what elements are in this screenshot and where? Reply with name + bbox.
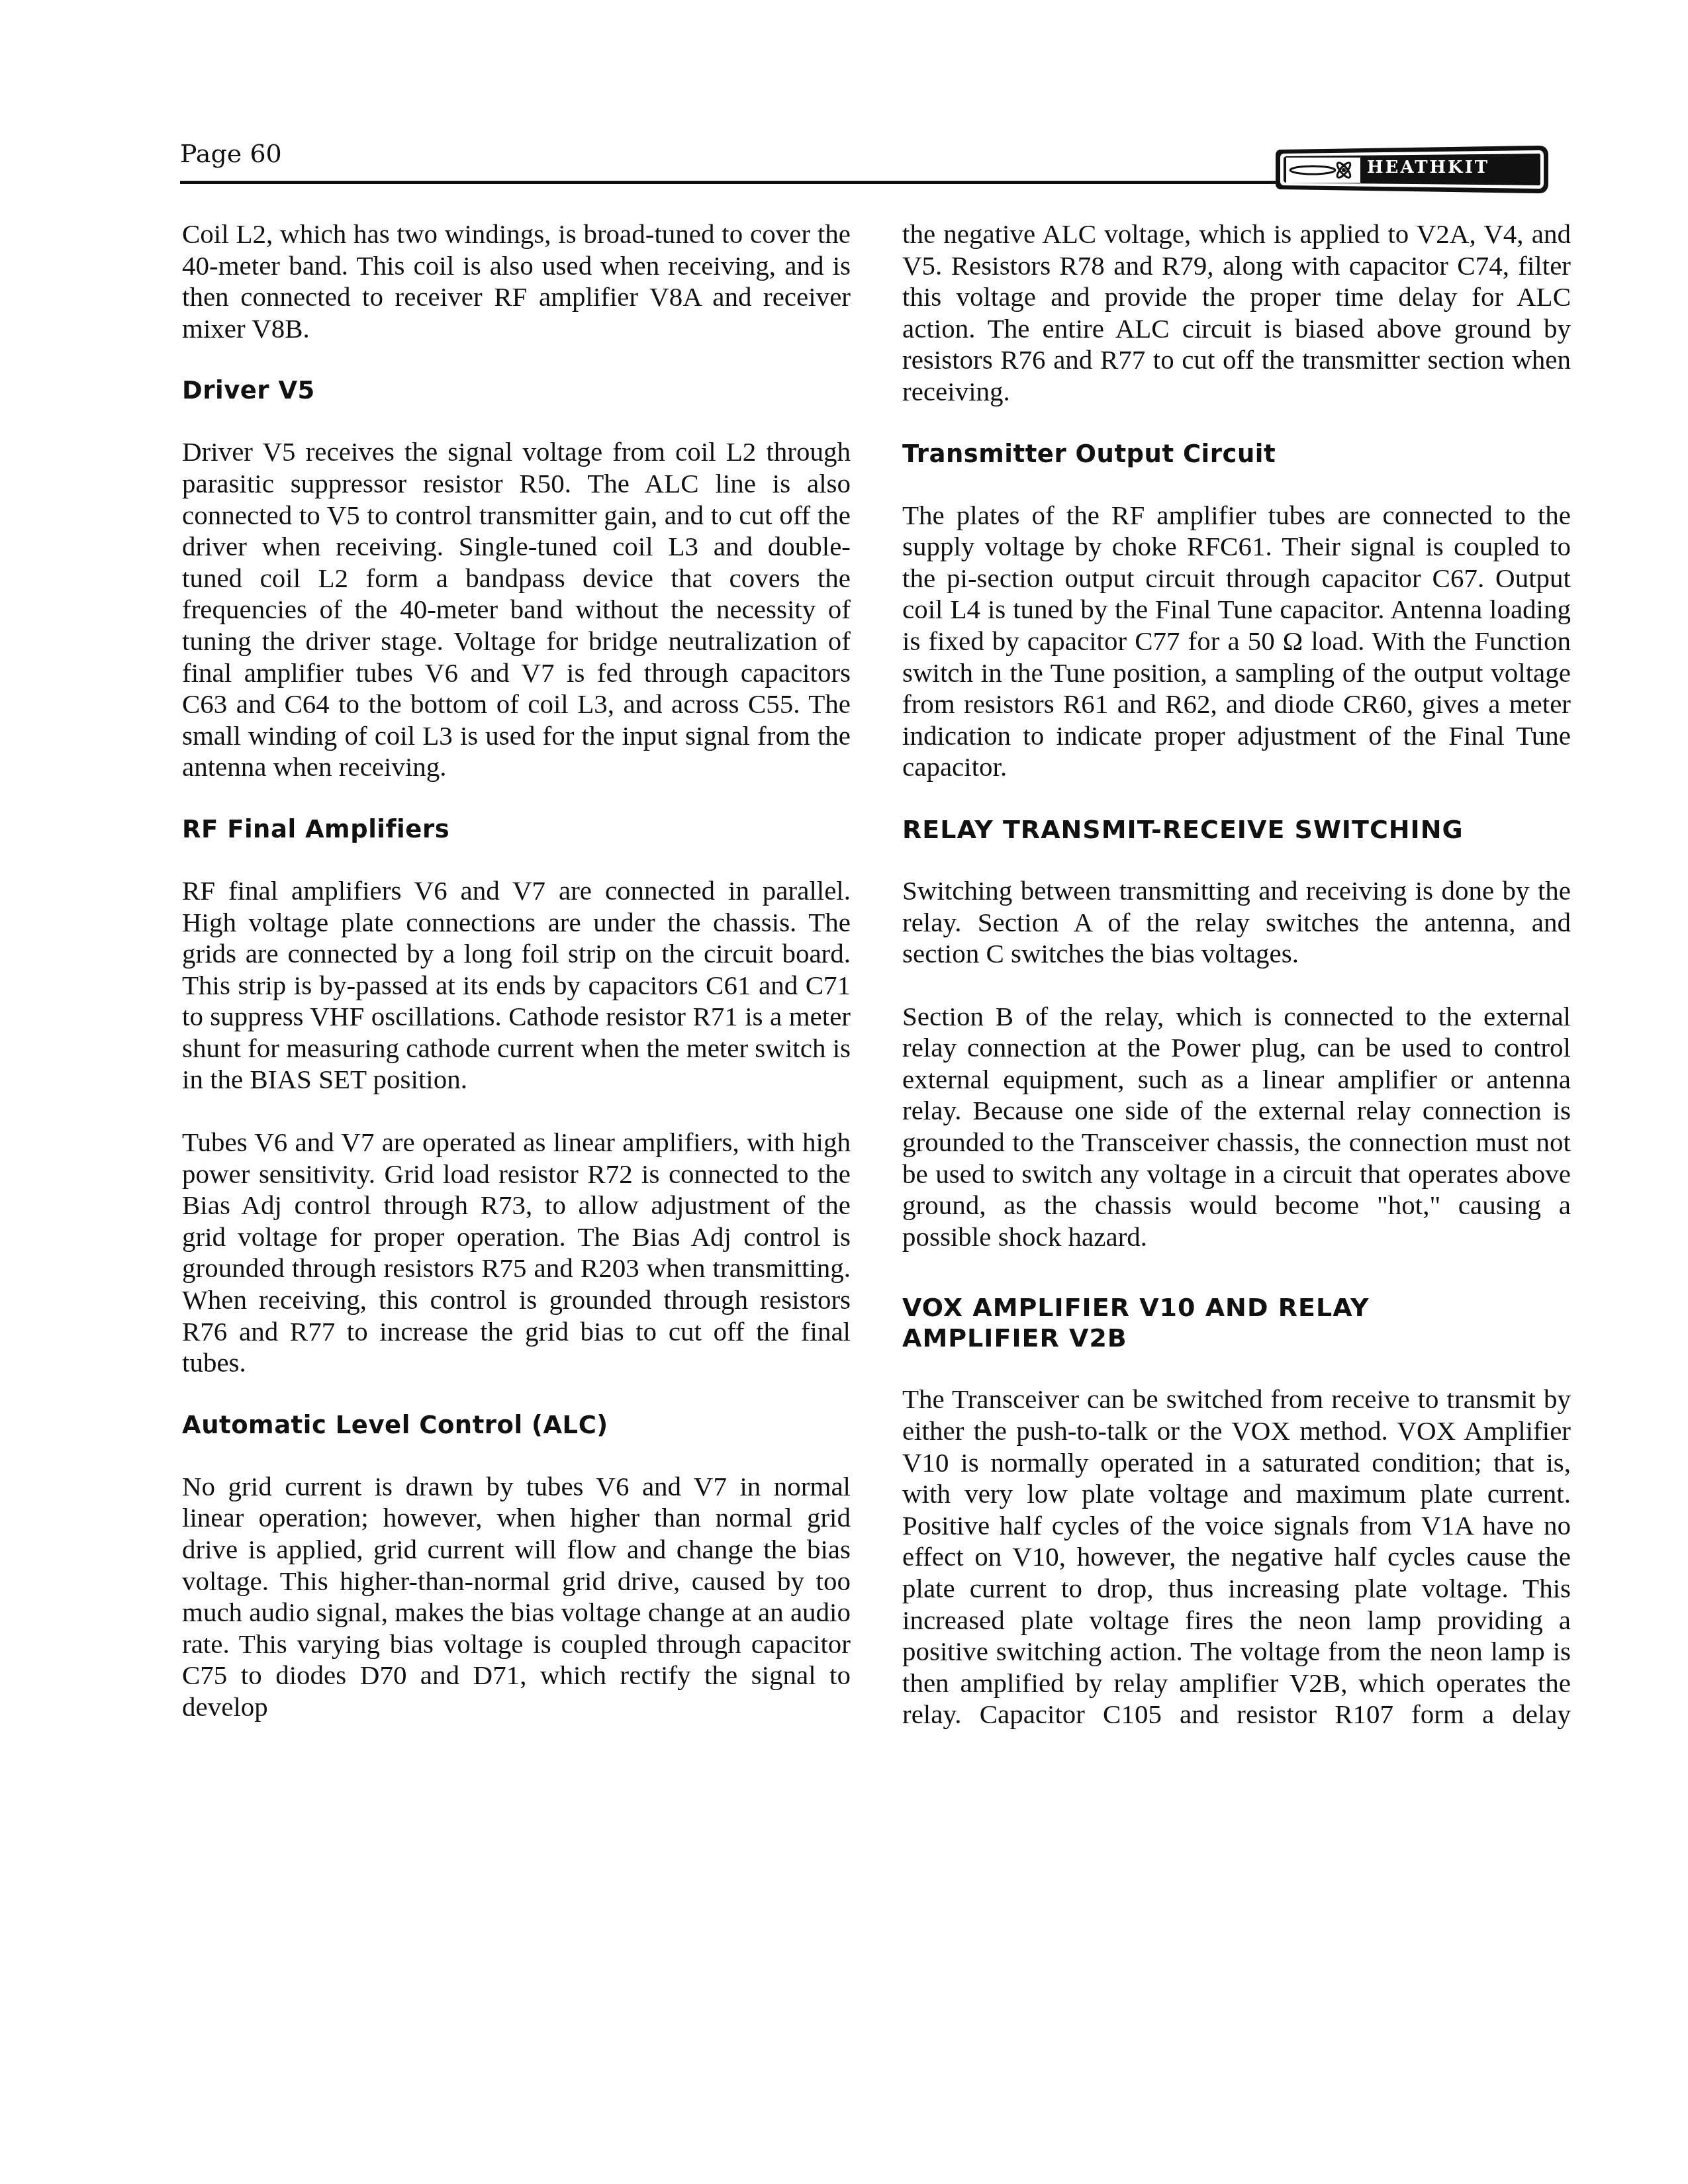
section-heading-rf-final-amplifiers: RF Final Amplifiers bbox=[182, 814, 851, 845]
section-heading-relay-switching: RELAY TRANSMIT-RECEIVE SWITCHING bbox=[902, 814, 1571, 845]
page-number: Page 60 bbox=[180, 139, 282, 168]
paragraph: Switching between transmitting and recei… bbox=[902, 875, 1571, 970]
paragraph: RF final amplifiers V6 and V7 are connec… bbox=[182, 875, 851, 1096]
heathkit-logo: HEATHKIT bbox=[1274, 144, 1552, 195]
section-heading-driver-v5: Driver V5 bbox=[182, 375, 851, 406]
section-heading-vox-amplifier: VOX AMPLIFIER V10 AND RELAY AMPLIFIER V2… bbox=[902, 1292, 1432, 1353]
paragraph: The Transceiver can be switched from rec… bbox=[902, 1384, 1571, 1731]
section-heading-transmitter-output: Transmitter Output Circuit bbox=[902, 439, 1571, 469]
paragraph: The plates of the RF amplifier tubes are… bbox=[902, 500, 1571, 783]
header-rule bbox=[180, 181, 1279, 184]
intro-paragraph: Coil L2, which has two windings, is broa… bbox=[182, 218, 851, 344]
paragraph: Tubes V6 and V7 are operated as linear a… bbox=[182, 1127, 851, 1379]
intro-paragraph: the negative ALC voltage, which is appli… bbox=[902, 218, 1571, 408]
left-column: Coil L2, which has two windings, is broa… bbox=[182, 218, 851, 1754]
paragraph: Section B of the relay, which is connect… bbox=[902, 1001, 1571, 1253]
brand-name: HEATHKIT bbox=[1367, 158, 1489, 177]
paragraph: Driver V5 receives the signal voltage fr… bbox=[182, 436, 851, 783]
section-heading-alc: Automatic Level Control (ALC) bbox=[182, 1410, 851, 1441]
right-column: the negative ALC voltage, which is appli… bbox=[902, 218, 1571, 1762]
paragraph: No grid current is drawn by tubes V6 and… bbox=[182, 1471, 851, 1723]
